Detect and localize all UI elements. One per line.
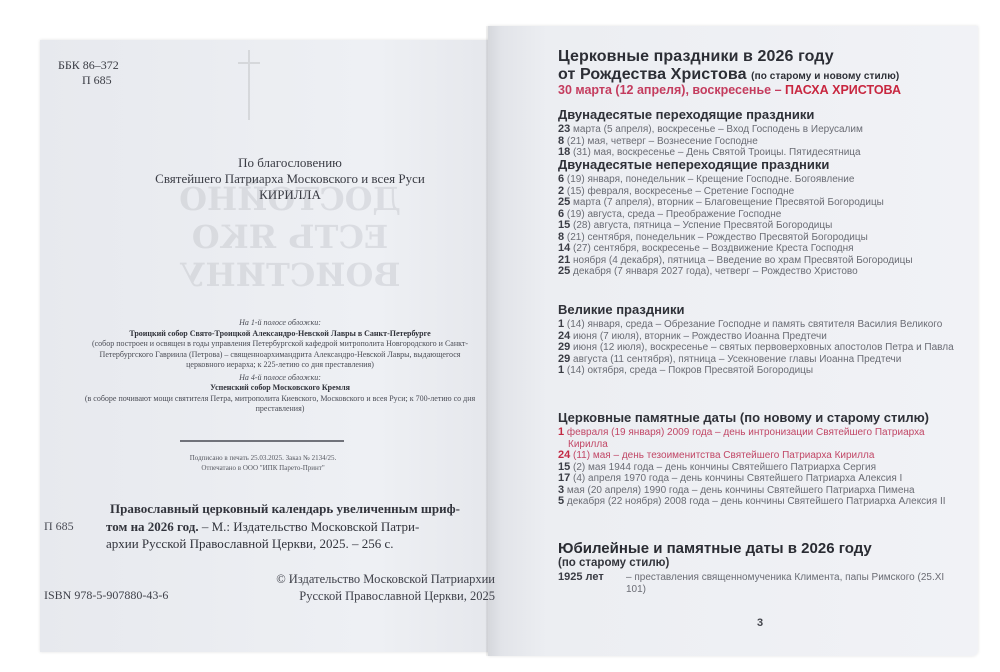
- entry-day: 15: [558, 219, 570, 231]
- jubilee-section: Юбилейные и памятные даты в 2026 году (п…: [558, 540, 958, 595]
- entry-day: 6: [558, 208, 564, 220]
- page-title: Церковные праздники в 2026 году от Рожде…: [558, 48, 899, 86]
- holiday-entry: 3 мая (20 апреля) 1990 года – день кончи…: [558, 485, 958, 497]
- section-title: Двунадесятые непереходящие праздники: [558, 157, 958, 173]
- pascha-date: 30 марта (12 апреля), воскресенье – ПАСХ…: [558, 83, 901, 97]
- entry-day: 29: [558, 353, 570, 365]
- biblio-line: архии Русской Православной Церкви, 2025.…: [44, 535, 494, 553]
- entry-day: 24: [558, 449, 570, 461]
- author-index: П 685: [58, 73, 119, 88]
- jubilee-subtitle: (по старому стилю): [558, 557, 958, 569]
- holiday-entry: 15 (2) мая 1944 года – день кончины Свят…: [558, 462, 958, 474]
- cover-front-label: На 1-й полосе обложки:: [82, 318, 478, 329]
- biblio-publisher: – М.: Издательство Московской Патри-: [199, 519, 420, 534]
- holiday-section: Церковные памятные даты (по новому и ста…: [558, 410, 958, 508]
- holiday-entry: 1 февраля (19 января) 2009 года – день и…: [558, 427, 958, 450]
- bibliographic-record: Православный церковный календарь увеличе…: [44, 500, 494, 553]
- cover-front-title: Троицкий собор Свято-Троицкой Александро…: [82, 329, 478, 340]
- entry-day: 2: [558, 185, 564, 197]
- entry-day: 1: [558, 318, 564, 330]
- pascha-name: ПАСХА ХРИСТОВА: [785, 83, 901, 97]
- cover-back-note: (в соборе почивают мощи святителя Петра,…: [82, 394, 478, 415]
- biblio-title-end: том на 2026 год.: [106, 519, 199, 534]
- entry-day: 15: [558, 461, 570, 473]
- divider: [180, 440, 344, 442]
- jubilee-title: Юбилейные и памятные даты в 2026 году: [558, 540, 958, 557]
- entry-day: 1: [558, 426, 564, 438]
- entry-day: 21: [558, 254, 570, 266]
- blessing: По благословению Святейшего Патриарха Мо…: [120, 155, 460, 203]
- entry-day: 8: [558, 231, 564, 243]
- page-number: 3: [757, 617, 763, 629]
- holiday-entry: 1 (14) октября, среда – Покров Пресвятой…: [558, 365, 958, 377]
- holiday-section: Двунадесятые непереходящие праздники6 (1…: [558, 157, 958, 278]
- page-subtitle: (по старому и новому стилю): [751, 71, 899, 82]
- entry-day: 14: [558, 242, 570, 254]
- cover-back-label: На 4-й полосе обложки:: [82, 373, 478, 384]
- holiday-entry: 1 (14) января, среда – Обрезание Господн…: [558, 319, 958, 331]
- print-info: Подписано в печать 25.03.2025. Заказ № 2…: [150, 453, 376, 473]
- holiday-entry: 6 (19) августа, среда – Преображение Гос…: [558, 209, 958, 221]
- entry-day: 17: [558, 472, 570, 484]
- holiday-section: Двунадесятые переходящие праздники23 мар…: [558, 107, 958, 159]
- holiday-entry: 15 (28) августа, пятница – Успение Пресв…: [558, 220, 958, 232]
- entry-day: 1: [558, 364, 564, 376]
- holiday-entry: 29 августа (11 сентября), пятница – Усек…: [558, 354, 958, 366]
- copyright: © Издательство Московской Патриархии Рус…: [255, 571, 495, 605]
- bbk-code: ББК 86–372: [58, 58, 119, 72]
- holiday-entry: 25 марта (7 апреля), вторник – Благовеще…: [558, 197, 958, 209]
- blessing-name: КИРИЛЛА: [120, 187, 460, 203]
- holiday-entry: 21 ноября (4 декабря), пятница – Введени…: [558, 255, 958, 267]
- section-title: Двунадесятые переходящие праздники: [558, 107, 958, 123]
- holiday-section: Великие праздники1 (14) января, среда – …: [558, 302, 958, 377]
- cover-notes: На 1-й полосе обложки: Троицкий собор Св…: [82, 318, 478, 415]
- holiday-entry: 24 июня (7 июля), вторник – Рождество Ио…: [558, 331, 958, 343]
- entry-day: 25: [558, 196, 570, 208]
- entry-day: 8: [558, 135, 564, 147]
- holiday-entry: 8 (21) мая, четверг – Вознесение Господн…: [558, 136, 958, 148]
- entry-day: 25: [558, 265, 570, 277]
- author-index: П 685: [44, 518, 106, 536]
- entry-day: 3: [558, 484, 564, 496]
- cover-back-title: Успенский собор Московского Кремля: [82, 383, 478, 394]
- section-title: Великие праздники: [558, 302, 958, 318]
- cover-front-note: (собор построен и освящен в годы управле…: [82, 339, 478, 371]
- holiday-entry: 17 (4) апреля 1970 года – день кончины С…: [558, 473, 958, 485]
- holiday-entry: 24 (11) мая – день тезоименитства Святей…: [558, 450, 958, 462]
- entry-day: 6: [558, 173, 564, 185]
- entry-day: 29: [558, 341, 570, 353]
- section-title: Церковные памятные даты (по новому и ста…: [558, 410, 958, 426]
- holiday-entry: 14 (27) сентября, воскресенье – Воздвиже…: [558, 243, 958, 255]
- biblio-line: Православный церковный календарь увеличе…: [44, 500, 494, 518]
- holiday-entry: 6 (19) января, понедельник – Крещение Го…: [558, 174, 958, 186]
- blessing-line: По благословению: [120, 155, 460, 171]
- holiday-entry: 5 декабря (22 ноября) 2008 года – день к…: [558, 496, 958, 508]
- holiday-entry: 29 июня (12 июля), воскресенье – святых …: [558, 342, 958, 354]
- holiday-entry: 23 марта (5 апреля), воскресенье – Вход …: [558, 124, 958, 136]
- bbk-classification: ББК 86–372 П 685: [58, 58, 119, 88]
- entry-day: 5: [558, 495, 564, 507]
- entry-day: 23: [558, 123, 570, 135]
- holiday-entry: 25 декабря (7 января 2027 года), четверг…: [558, 266, 958, 278]
- holiday-entry: 2 (15) февраля, воскресенье – Сретение Г…: [558, 186, 958, 198]
- blessing-line: Святейшего Патриарха Московского и всея …: [120, 171, 460, 187]
- cross-watermark-icon: [238, 50, 260, 120]
- isbn: ISBN 978-5-907880-43-6: [44, 588, 168, 603]
- jubilee-entry: 1925 лет – преставления священномученика…: [558, 572, 958, 595]
- holiday-entry: 8 (21) сентября, понедельник – Рождество…: [558, 232, 958, 244]
- entry-day: 24: [558, 330, 570, 342]
- book-gutter: [486, 26, 502, 656]
